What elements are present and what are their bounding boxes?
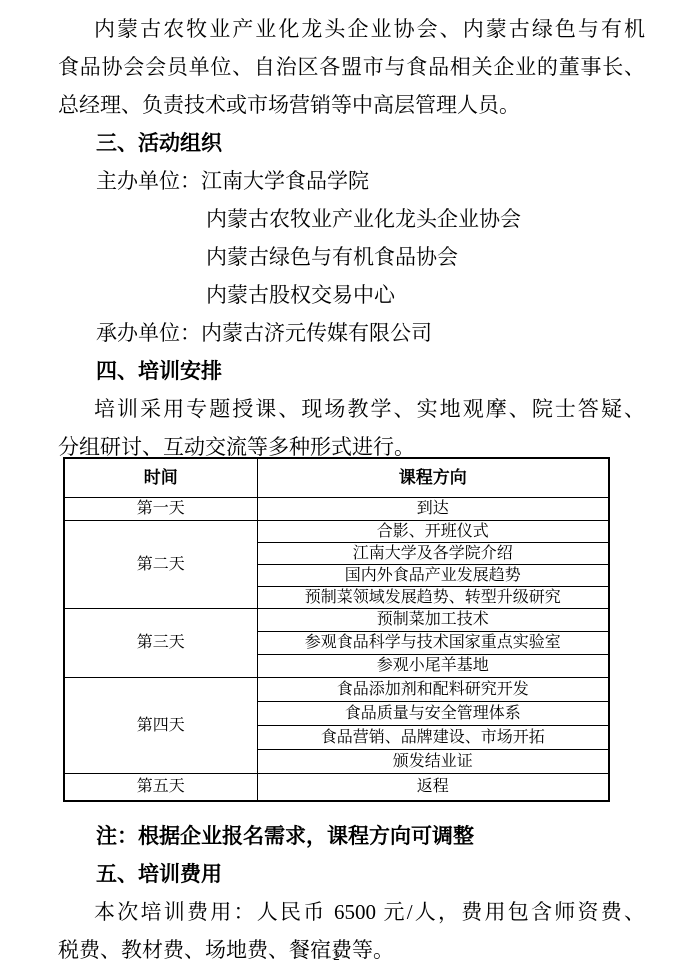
course-cell: 江南大学及各学院介绍: [257, 543, 609, 565]
intro-paragraph: 内蒙古农牧业产业化龙头企业协会、内蒙古绿色与有机 食品协会会员单位、自治区各盟市…: [58, 10, 645, 124]
fee-line-1: 本次培训费用：人民币 6500 元/人，费用包含师资费、: [58, 893, 645, 931]
arrangement-line-1: 培训采用专题授课、现场教学、实地观摩、院士答疑、: [58, 390, 645, 428]
course-cell: 食品添加剂和配料研究开发: [257, 678, 609, 702]
course-cell: 参观食品科学与技术国家重点实验室: [257, 632, 609, 655]
organizer-line: 承办单位：内蒙古济元传媒有限公司: [58, 314, 645, 352]
section-4-heading: 四、培训安排: [58, 352, 645, 390]
day-cell: 第一天: [64, 498, 257, 521]
section-5-heading: 五、培训费用: [58, 855, 645, 893]
intro-line-1: 内蒙古农牧业产业化龙头企业协会、内蒙古绿色与有机: [58, 10, 645, 48]
day-cell: 第二天: [64, 521, 257, 609]
course-cell: 食品质量与安全管理体系: [257, 702, 609, 726]
day-cell: 第四天: [64, 678, 257, 774]
schedule-table: 时间 课程方向 第一天 到达 第二天 合影、开班仪式 江南大学及各学院介绍 国内…: [63, 457, 610, 802]
course-cell: 颁发结业证: [257, 750, 609, 774]
table-row-day1: 第一天 到达: [64, 498, 609, 521]
table-row-day5: 第五天 返程: [64, 774, 609, 802]
document-page: 内蒙古农牧业产业化龙头企业协会、内蒙古绿色与有机 食品协会会员单位、自治区各盟市…: [0, 0, 675, 978]
course-cell: 食品营销、品牌建设、市场开拓: [257, 726, 609, 750]
course-cell: 国内外食品产业发展趋势: [257, 565, 609, 587]
schedule-note: 注：根据企业报名需求，课程方向可调整: [58, 817, 645, 855]
table-row-day3: 第三天 预制菜加工技术: [64, 609, 609, 632]
intro-line-3: 总经理、负责技术或市场营销等中高层管理人员。: [58, 86, 645, 124]
table-row-day2: 第二天 合影、开班仪式: [64, 521, 609, 543]
course-cell: 返程: [257, 774, 609, 802]
page-number: -2-: [0, 948, 675, 964]
day-cell: 第三天: [64, 609, 257, 678]
table-row-day4: 第四天 食品添加剂和配料研究开发: [64, 678, 609, 702]
intro-line-2: 食品协会会员单位、自治区各盟市与食品相关企业的董事长、: [58, 48, 645, 86]
course-cell: 预制菜领域发展趋势、转型升级研究: [257, 587, 609, 609]
section-3-heading: 三、活动组织: [58, 124, 645, 162]
day-cell: 第五天: [64, 774, 257, 802]
course-cell: 参观小尾羊基地: [257, 655, 609, 678]
course-cell: 到达: [257, 498, 609, 521]
course-cell: 预制菜加工技术: [257, 609, 609, 632]
course-cell: 合影、开班仪式: [257, 521, 609, 543]
host-unit-4: 内蒙古股权交易中心: [58, 276, 645, 314]
host-unit-line: 主办单位：江南大学食品学院: [58, 162, 645, 200]
host-unit-3: 内蒙古绿色与有机食品协会: [58, 238, 645, 276]
host-unit-2: 内蒙古农牧业产业化龙头企业协会: [58, 200, 645, 238]
